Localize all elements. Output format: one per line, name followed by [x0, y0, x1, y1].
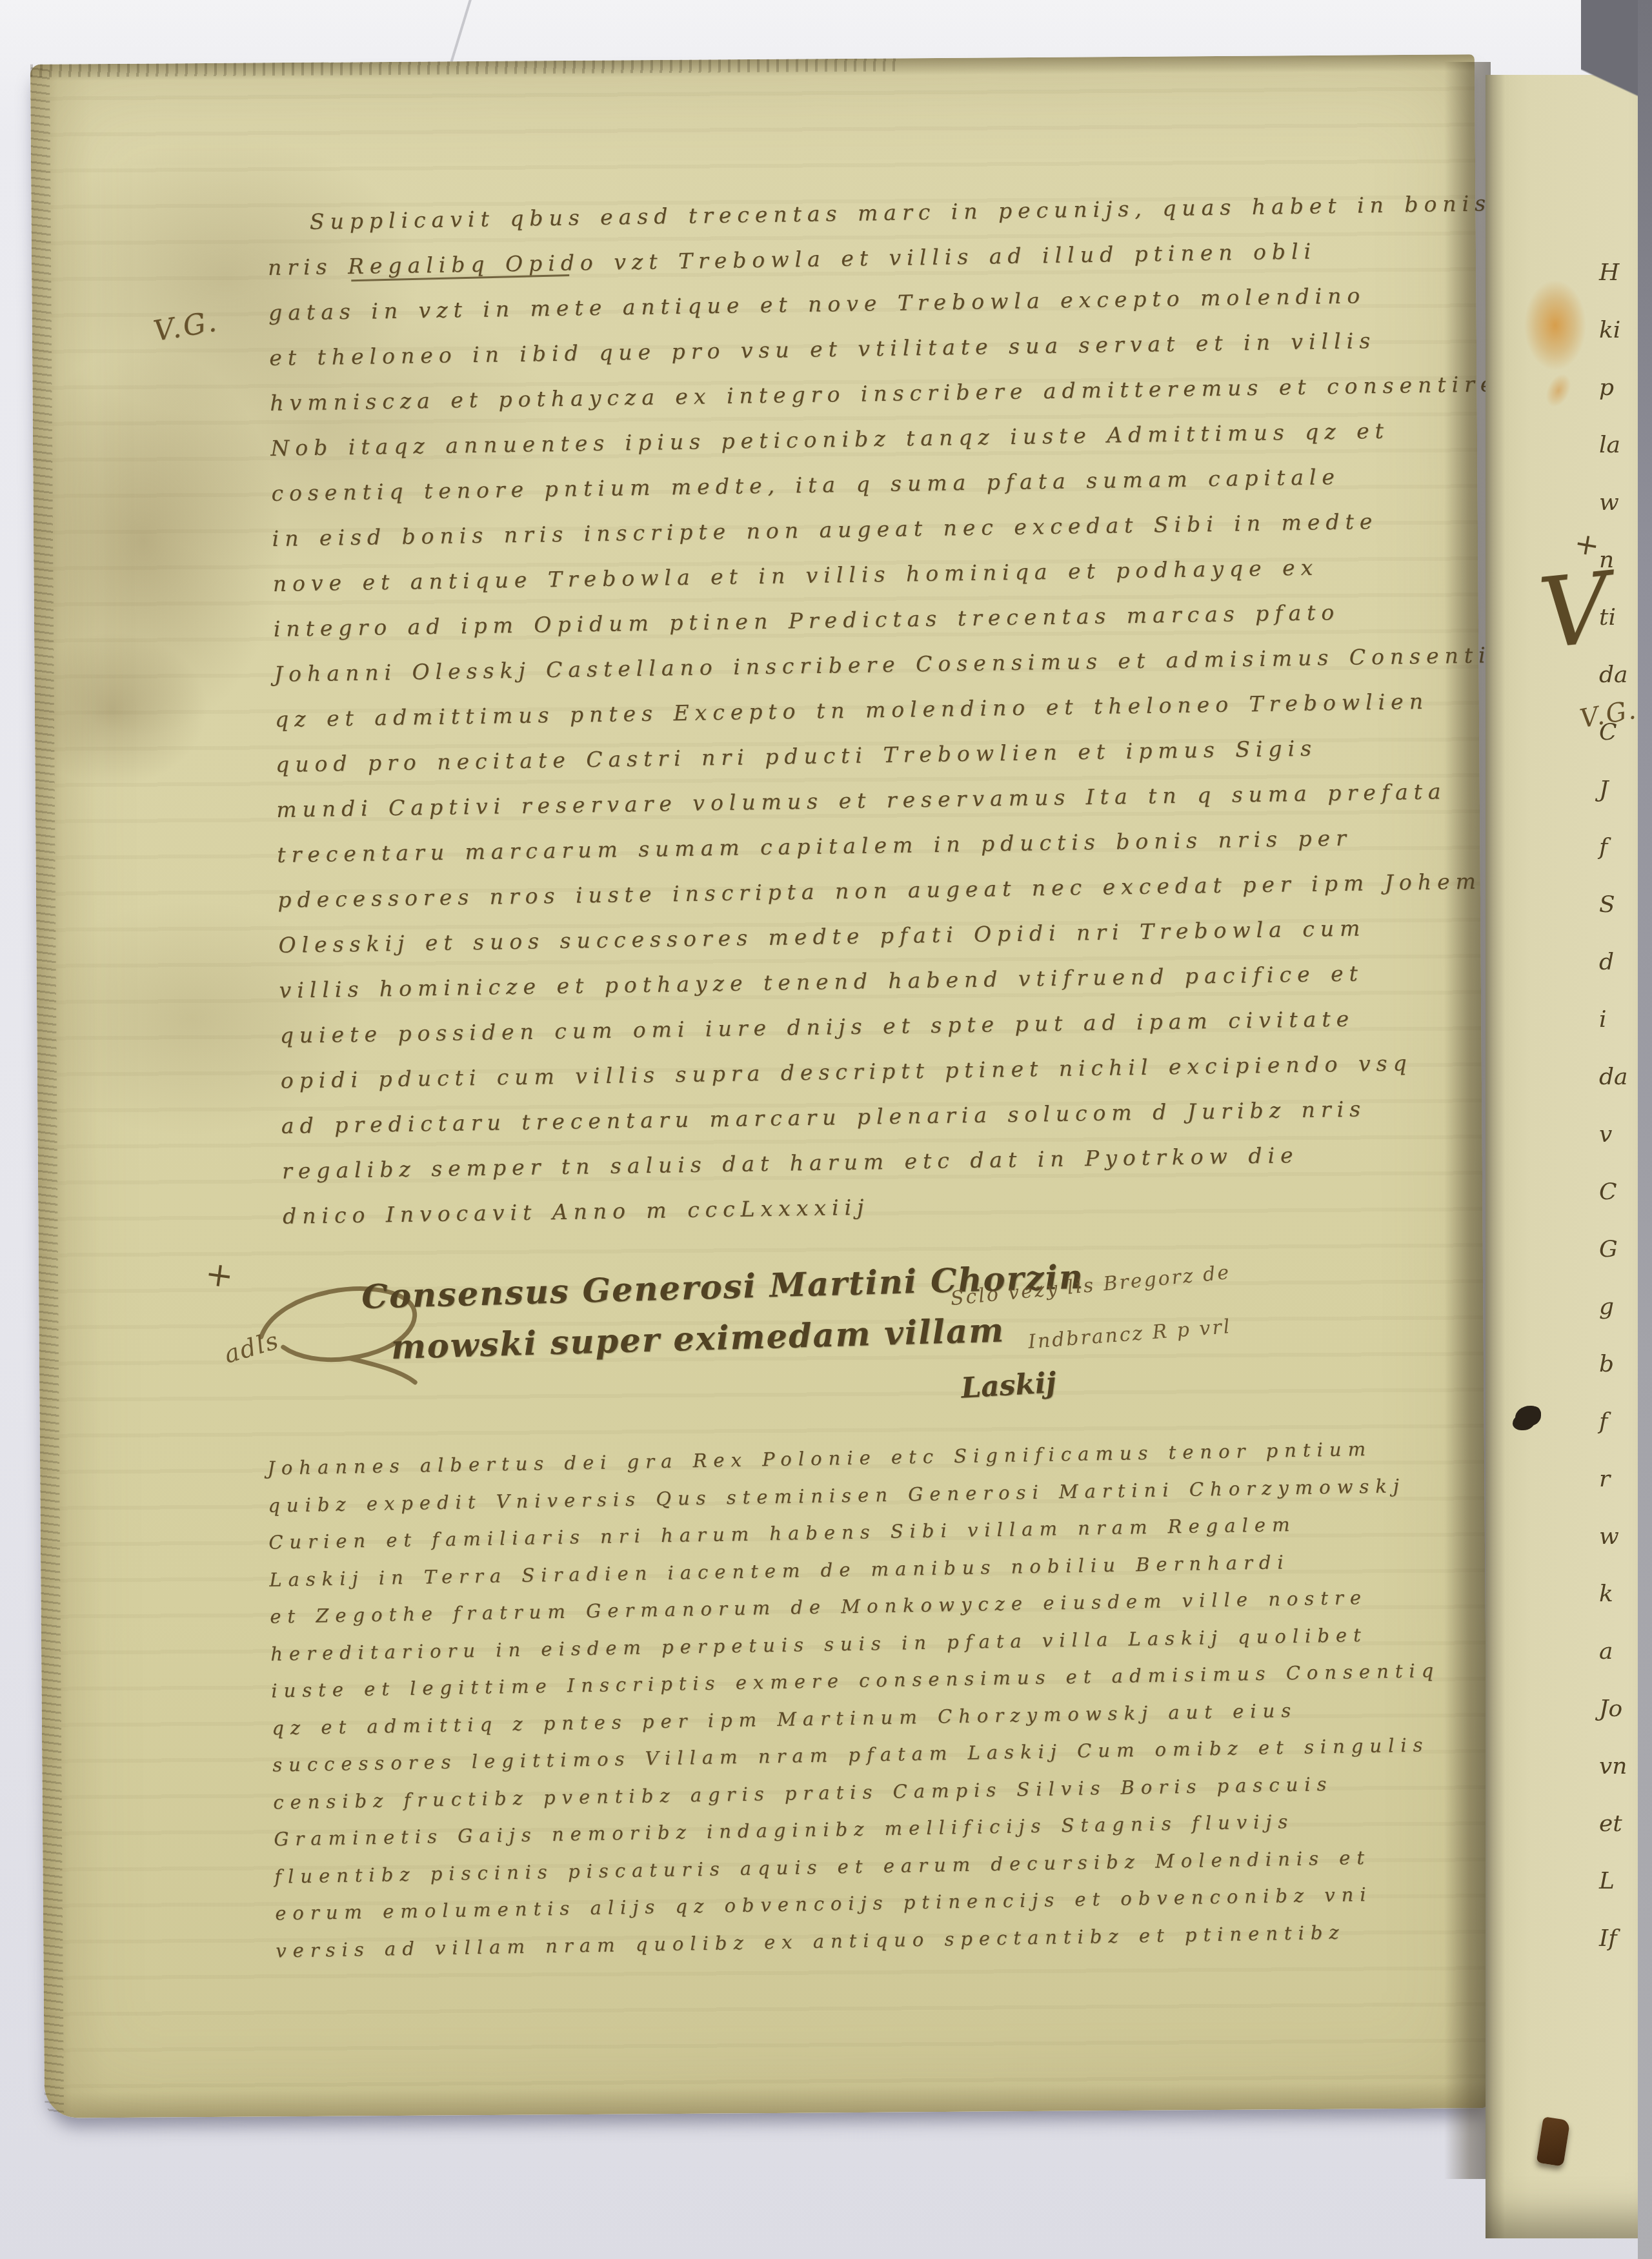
binding-gutter-shadow [1444, 62, 1491, 2179]
paragraph-consent-charter: Johannes albertus dei gra Rex Polonie et… [267, 1430, 1425, 1970]
cross-mark: + [203, 1254, 236, 1296]
parchment-page: V.G. + adls Supplicavit qbus easd trecen… [30, 54, 1489, 2118]
page-top-edge [30, 58, 897, 77]
facing-page-edge: + V V.G. HkiplawntidaCJfSdidavCGgbfrwkaJ… [1486, 75, 1652, 2238]
paragraph-royal-inscription: Supplicavit qbus easd trecentas marc in … [267, 182, 1418, 1239]
wax-stain-drip [1541, 370, 1576, 410]
entry-heading-line2: mowski super eximedam villam [390, 1311, 1005, 1367]
scanner-background-edge [1638, 0, 1652, 2259]
heading-side-note-2: Indbrancz R p vrl [1027, 1315, 1233, 1353]
entry-heading-place: Laskij [960, 1366, 1057, 1405]
margin-mark-vg: V.G. [151, 305, 221, 348]
deckle-edge [30, 65, 64, 2118]
ink-blot [1515, 1406, 1541, 1426]
manuscript-scan: V.G. + adls Supplicavit qbus easd trecen… [0, 0, 1652, 2259]
wax-stain [1524, 280, 1586, 370]
